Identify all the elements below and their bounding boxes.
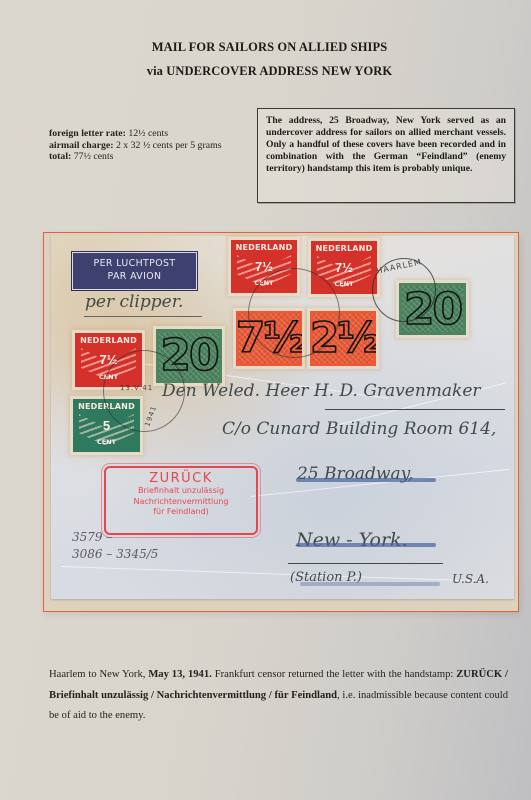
routing-note: per clipper. <box>85 292 183 312</box>
rate-total: total: 77½ cents <box>49 151 222 163</box>
pencil-note-1: 3579 – <box>72 530 112 544</box>
page-title-line-2: via UNDERCOVER ADDRESS NEW YORK <box>4 64 531 79</box>
address-line-6: U.S.A. <box>452 572 489 586</box>
page-title-line-1: MAIL FOR SAILORS ON ALLIED SHIPS <box>4 40 531 55</box>
airmail-label: PER LUCHTPOST PAR AVION <box>72 252 197 290</box>
address-line-1: Den Weled. Heer H. D. Gravenmaker <box>162 381 481 401</box>
address-line-4: New - York. <box>296 529 408 551</box>
rate-foreign: foreign letter rate: 12½ cents <box>49 128 222 140</box>
postmark-date: 13.V.41 <box>120 384 153 392</box>
postmark-center <box>248 268 340 358</box>
note-box: The address, 25 Broadway, New York serve… <box>257 108 515 203</box>
rate-airmail: airmail charge: 2 x 32 ½ cents per 5 gra… <box>49 140 222 152</box>
pencil-note-2: 3086 – 3345/5 <box>72 547 158 561</box>
censor-handstamp: ZURÜCK Briefinhalt unzulässig Nachrichte… <box>104 466 258 535</box>
address-line-2: C/o Cunard Building Room 614, <box>222 419 496 439</box>
postage-rates: foreign letter rate: 12½ cents airmail c… <box>49 128 222 163</box>
caption: Haarlem to New York, May 13, 1941. Frank… <box>49 665 508 727</box>
